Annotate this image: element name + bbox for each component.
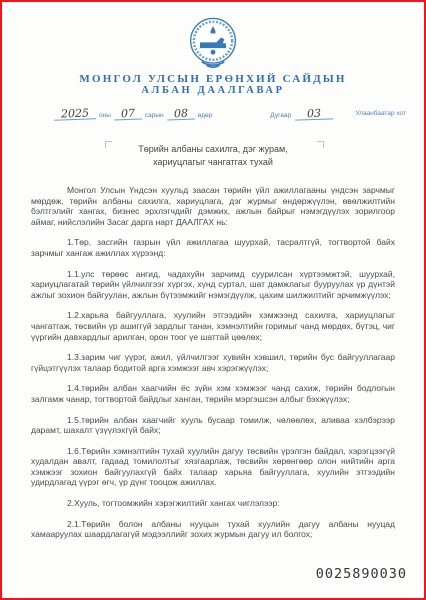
dateline: 2025 оны 07 сарын 08 өдөр Дугаар 03 Улаа… [2,102,424,120]
paragraph-1-6: 1.6.Төрийн хэмнэлтийн тухай хуулийн дагу… [31,446,395,488]
emblem-container [2,16,424,77]
document-body: Монгол Улсын Үндсэн хуульд заасан төрийн… [31,185,395,550]
city-label: Улаанбаатар хот [355,110,406,117]
paragraph-section-2: 2.Хууль, тогтоомжийн хэрэгжилтийг хангах… [31,498,395,509]
date-year-label: оны [99,111,111,120]
dateline-date: 2025 оны 07 сарын 08 өдөр [54,108,212,120]
document-serial-number: 0025890030 [316,566,407,582]
mongolia-state-emblem-icon [187,16,239,77]
date-month-value: 07 [114,108,142,121]
paragraph-1-4: 1.4.төрийн албан хаагчийн ёс зүйн хэм хэ… [31,383,395,404]
date-year-value: 2025 [54,107,96,120]
paragraph-intro: Монгол Улсын Үндсэн хуульд заасан төрийн… [31,185,395,227]
doc-number-label: Дугаар [270,111,291,120]
paragraph-2-1: 2.1.Төрийн болон албаны нууцын тухай хуу… [31,519,395,540]
dateline-number: Дугаар 03 [270,108,333,120]
document-page: МОНГОЛ УЛСЫН ЕРӨНХИЙ САЙДЫН АЛБАН ДААЛГА… [0,0,426,600]
paragraph-1-5: 1.5.төрийн албан хаагчийг хууль бусаар т… [31,415,395,436]
dateline-city: Улаанбаатар хот [355,102,406,120]
paragraph-1-1: 1.1.улс төрөөс ангид, чадахуйн зарчимд с… [31,269,395,301]
paragraph-1-2: 1.2.харьяа байгууллага, хуулийн этгээдий… [31,310,395,342]
document-title-line2: хариуцлагыг чангатгах тухай [2,156,424,169]
date-day-value: 08 [166,108,194,121]
org-name-line2: АЛБАН ДААЛГАВАР [2,85,424,97]
date-day-label: өдөр [198,111,213,120]
date-month-label: сарын [145,111,164,120]
doc-number-value: 03 [295,107,333,120]
org-name-line1: МОНГОЛ УЛСЫН ЕРӨНХИЙ САЙДЫН [2,73,424,85]
document-title: Төрийн албаны сахилга, дэг журам, хариуц… [2,143,424,168]
document-title-line1: Төрийн албаны сахилга, дэг журам, [2,143,424,156]
org-header: МОНГОЛ УЛСЫН ЕРӨНХИЙ САЙДЫН АЛБАН ДААЛГА… [2,73,424,97]
paragraph-section-1: 1.Төр, засгийн газрын үйл ажиллагаа шуур… [31,237,395,258]
paragraph-1-3: 1.3.зарим чиг үүрэг, ажил, үйлчилгээг ху… [31,352,395,373]
